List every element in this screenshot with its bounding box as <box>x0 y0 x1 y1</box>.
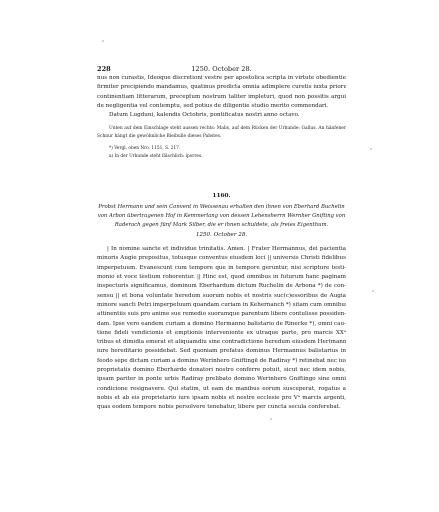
text-line: feodo sepe dictam curiam a domino Werinh… <box>97 357 346 366</box>
text-line: iure hereditario possidebat. Sed quoniam… <box>97 347 346 356</box>
text-line: nus non curastis, Ideoque discretioni ve… <box>97 74 346 83</box>
scan-speck <box>102 40 104 42</box>
text-line: sensu || et bona voluntate heredum suoru… <box>97 292 346 301</box>
scan-speck <box>372 290 374 292</box>
text-line: ipsam pariter in ponte urbis Radiray pre… <box>97 375 346 384</box>
document-number: 1160. <box>97 193 346 199</box>
footnote: a) In der Urkunde steht fälschlich: ipor… <box>109 153 346 161</box>
text-line: dam. Ipse vero eandem curiam a domino He… <box>97 320 346 329</box>
text-line: minoris Augie prepositus, totusque conve… <box>97 254 346 263</box>
text-line: condicione resignavere. Qui statim, ut e… <box>97 385 346 394</box>
text-line: | In nomine sancte et individue trinitat… <box>97 245 346 254</box>
seal-note: Unten auf dem Einschlage steht aussen re… <box>97 125 346 141</box>
scan-speck <box>370 148 372 150</box>
document-page: 228 1250. October 28. nus non curastis, … <box>97 62 346 413</box>
text-line: nobis et ab eis proprietario iure ipsam … <box>97 394 346 403</box>
text-line: continentiam litterarum, preceptum nostr… <box>97 93 346 102</box>
text-line: quas eodem tempore nobis persolvere tene… <box>97 403 346 412</box>
text-line: tribus et dimidia emerat et aliquamdiu s… <box>97 338 346 347</box>
text-line: proprietatis domino Eberhardo donatori n… <box>97 366 346 375</box>
running-head: 228 1250. October 28. <box>97 62 346 74</box>
regest-line: Raderach gegen fünf Mark Silber, die er … <box>97 221 346 230</box>
regest-line: von Arbon übertragenen Hof in Kemmerlang… <box>97 212 346 221</box>
text-line: minore sancti Petri imperpetuum quandam … <box>97 301 346 310</box>
document-date: 1250. October 28. <box>97 232 346 238</box>
regest-line: Probst Hermann und sein Convent in Weiss… <box>97 203 346 212</box>
regest: Probst Hermann und sein Convent in Weiss… <box>97 203 346 230</box>
text-line: firmiter precipiendo mandamus, quatinus … <box>97 83 346 92</box>
note-line: Unten auf dem Einschlage steht aussen re… <box>97 125 346 133</box>
note-line: Schnur hängt die gewöhnliche Bleibulle d… <box>97 133 346 141</box>
footnotes: *) Vergl. oben Nro. 1151, S. 217. a) In … <box>109 145 346 160</box>
datum-line: Datum Lugduni, kalendis Octobris, pontif… <box>97 111 346 120</box>
running-date: 1250. October 28. <box>97 65 346 73</box>
text-line: de negligentia vel contemptu, sed potius… <box>97 102 346 111</box>
document-body: | In nomine sancte et individue trinitat… <box>97 245 346 412</box>
footnote: *) Vergl. oben Nro. 1151, S. 217. <box>109 145 346 153</box>
previous-document-text: nus non curastis, Ideoque discretioni ve… <box>97 74 346 111</box>
scan-speck <box>270 418 272 420</box>
text-line: attinentiis suis pro anime sue remedio s… <box>97 310 346 319</box>
text-line: tione fideli vendicionis et emptionis in… <box>97 329 346 338</box>
text-line: inspecturis significamus, dominum Eberha… <box>97 282 346 291</box>
section-gap <box>97 160 346 193</box>
text-line: monio et voce testium roborentur. || Hin… <box>97 273 346 282</box>
text-line: imperpetuum. Evanescunt cum tempore que … <box>97 264 346 273</box>
